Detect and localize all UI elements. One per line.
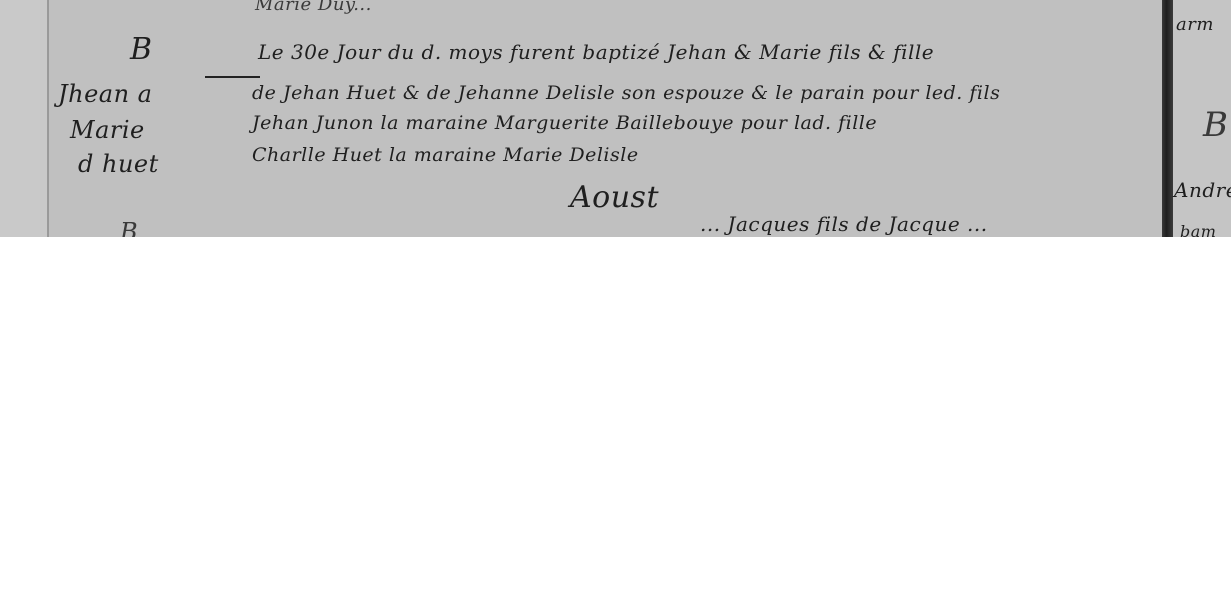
right-fragment-4: bam: [1180, 222, 1216, 237]
scan-margin: [0, 0, 48, 237]
right-fragment-1: arm: [1176, 14, 1214, 35]
right-fragment-2: B: [1203, 105, 1229, 145]
entry-line-4: Charlle Huet la maraine Marie Delisle: [252, 144, 639, 166]
margin-mark: B: [130, 32, 153, 67]
right-fragment-3: Andre: [1174, 178, 1231, 202]
margin-name-1: Jhean a: [58, 80, 152, 108]
bottom-partial-line: ... Jacques fils de Jacque ...: [700, 212, 988, 236]
margin-name-2: Marie: [70, 116, 145, 144]
blank-area: [0, 237, 1231, 600]
column-rule: [1162, 0, 1173, 237]
entry-line-1: Le 30e Jour du d. moys furent baptizé Je…: [258, 40, 934, 64]
bottom-partial-left: B: [120, 218, 138, 237]
entry-line-2: de Jehan Huet & de Jehanne Delisle son e…: [252, 82, 1000, 104]
month-heading: Aoust: [570, 180, 659, 215]
entry-flourish: [205, 76, 260, 78]
top-partial-line: Marie Duy...: [255, 0, 372, 15]
manuscript-scan: Marie Duy... B Jhean a Marie d huet Le 3…: [0, 0, 1231, 237]
margin-name-3: d huet: [78, 150, 159, 178]
entry-line-3: Jehan Junon la maraine Marguerite Baille…: [252, 112, 877, 134]
